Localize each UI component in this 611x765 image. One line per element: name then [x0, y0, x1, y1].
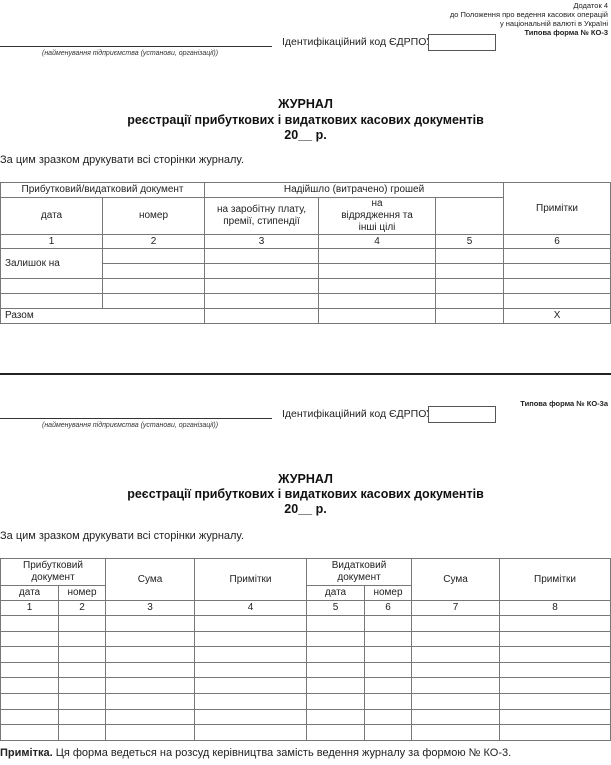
header-expense-notes: Примітки — [500, 559, 611, 601]
cell[interactable] — [1, 294, 103, 309]
cell[interactable] — [59, 725, 106, 741]
cell[interactable] — [412, 725, 500, 741]
table-row — [1, 647, 611, 663]
header-income-number: номер — [59, 586, 106, 601]
cell[interactable] — [59, 662, 106, 678]
cell[interactable] — [106, 709, 195, 725]
col-number-5: 5 — [436, 235, 504, 249]
cell[interactable] — [1, 693, 59, 709]
cell[interactable] — [412, 631, 500, 647]
table-row — [1, 279, 611, 294]
total-label: Разом — [1, 309, 205, 324]
cell[interactable] — [504, 294, 611, 309]
header-expense-number: номер — [365, 586, 412, 601]
cell[interactable] — [307, 647, 365, 663]
cell[interactable] — [307, 725, 365, 741]
cell[interactable] — [307, 693, 365, 709]
print-instruction: За цим зразком друкувати всі сторінки жу… — [0, 530, 244, 542]
cell[interactable] — [412, 709, 500, 725]
cell[interactable] — [412, 693, 500, 709]
cell[interactable] — [195, 616, 307, 632]
cell[interactable] — [319, 294, 436, 309]
cell[interactable] — [1, 678, 59, 694]
cell[interactable] — [365, 631, 412, 647]
table-row — [1, 709, 611, 725]
org-name-caption: (найменування підприємства (установи, ор… — [42, 422, 218, 429]
cell[interactable] — [106, 647, 195, 663]
header-expense-sum: Сума — [412, 559, 500, 601]
cell[interactable] — [1, 279, 103, 294]
header-income-date: дата — [1, 586, 59, 601]
cash-journal-table-ko3a: Прибутковий документ Сума Примітки Видат… — [0, 558, 611, 741]
cell[interactable] — [195, 631, 307, 647]
edrpou-label: Ідентифікаційний код ЄДРПОУ — [282, 36, 433, 48]
cell[interactable] — [319, 264, 436, 279]
cell[interactable] — [500, 678, 611, 694]
header-travel: на відрядження та інші цілі — [319, 198, 436, 235]
form-label-ko3a: Типова форма № КО-3а — [520, 399, 608, 409]
col-number-7: 7 — [412, 601, 500, 616]
journal-title: ЖУРНАЛ — [0, 472, 611, 487]
journal-year: 20__ р. — [0, 128, 611, 143]
cell[interactable] — [319, 249, 436, 264]
table-row — [1, 662, 611, 678]
cell[interactable] — [500, 647, 611, 663]
col-number-6: 6 — [365, 601, 412, 616]
cell[interactable] — [307, 616, 365, 632]
cell[interactable] — [195, 647, 307, 663]
cell[interactable] — [500, 693, 611, 709]
cell[interactable] — [59, 616, 106, 632]
edrpou-input[interactable] — [428, 34, 496, 51]
cell[interactable] — [205, 309, 319, 324]
cell[interactable] — [106, 693, 195, 709]
cell[interactable] — [195, 725, 307, 741]
cell[interactable] — [436, 264, 504, 279]
cell[interactable] — [103, 294, 205, 309]
cell[interactable] — [59, 678, 106, 694]
header-income-document: Прибутковий документ — [1, 559, 106, 586]
table-row — [1, 294, 611, 309]
cell[interactable] — [307, 631, 365, 647]
journal-subtitle: реєстрації прибуткових і видаткових касо… — [0, 113, 611, 128]
header-notes: Примітки — [504, 183, 611, 235]
org-name-caption: (найменування підприємства (установи, ор… — [42, 50, 218, 57]
cell[interactable] — [195, 678, 307, 694]
cell[interactable] — [195, 693, 307, 709]
cell[interactable] — [1, 631, 59, 647]
cell[interactable] — [1, 725, 59, 741]
cell[interactable] — [1, 647, 59, 663]
col-number-3: 3 — [106, 601, 195, 616]
cell[interactable] — [103, 264, 205, 279]
total-row: Разом X — [1, 309, 611, 324]
cell[interactable] — [205, 264, 319, 279]
table-row — [1, 678, 611, 694]
col-number-2: 2 — [59, 601, 106, 616]
cell[interactable] — [365, 709, 412, 725]
cell[interactable] — [436, 249, 504, 264]
journal-year: 20__ р. — [0, 502, 611, 517]
table-row: Залишок на — [1, 249, 611, 264]
cell[interactable] — [106, 678, 195, 694]
cell[interactable] — [365, 725, 412, 741]
header-expense-date: дата — [307, 586, 365, 601]
header-number: номер — [103, 198, 205, 235]
cell[interactable] — [205, 279, 319, 294]
cell[interactable] — [106, 631, 195, 647]
cell[interactable] — [205, 294, 319, 309]
cell[interactable] — [436, 309, 504, 324]
cell[interactable] — [319, 279, 436, 294]
cell[interactable] — [365, 662, 412, 678]
edrpou-input[interactable] — [428, 406, 496, 423]
col-number-6: 6 — [504, 235, 611, 249]
cell[interactable] — [307, 709, 365, 725]
cell[interactable] — [500, 662, 611, 678]
cell[interactable] — [500, 709, 611, 725]
cell[interactable] — [412, 662, 500, 678]
table-row — [1, 631, 611, 647]
cell[interactable] — [307, 662, 365, 678]
table-row — [1, 616, 611, 632]
form-label-ko3: Типова форма № КО-3 — [524, 28, 608, 38]
cell[interactable] — [412, 616, 500, 632]
cell[interactable] — [103, 249, 205, 264]
cell[interactable] — [106, 662, 195, 678]
cell[interactable] — [319, 309, 436, 324]
cell[interactable] — [195, 709, 307, 725]
table-body — [1, 616, 611, 741]
footnote: Примітка. Ця форма ведеться на розсуд ке… — [0, 747, 511, 759]
cell[interactable] — [500, 616, 611, 632]
col-number-2: 2 — [103, 235, 205, 249]
section-divider — [0, 373, 611, 375]
edrpou-label: Ідентифікаційний код ЄДРПОУ — [282, 408, 433, 420]
cell[interactable] — [59, 631, 106, 647]
cell[interactable] — [106, 725, 195, 741]
cell[interactable] — [307, 678, 365, 694]
cell[interactable] — [1, 709, 59, 725]
org-name-field[interactable] — [0, 46, 272, 47]
header-salary: на заробітну плату, премії, стипендії — [205, 198, 319, 235]
cell[interactable] — [412, 678, 500, 694]
header-col5 — [436, 198, 504, 235]
col-number-1: 1 — [1, 235, 103, 249]
total-notes-x: X — [504, 309, 611, 324]
cell[interactable] — [365, 693, 412, 709]
journal-subtitle: реєстрації прибуткових і видаткових касо… — [0, 487, 611, 502]
cell[interactable] — [412, 647, 500, 663]
col-number-1: 1 — [1, 601, 59, 616]
cell[interactable] — [1, 662, 59, 678]
cell[interactable] — [436, 294, 504, 309]
cell[interactable] — [365, 616, 412, 632]
cash-journal-table-ko3: Прибутковий/видатковий документ Надійшло… — [0, 182, 611, 324]
cell[interactable] — [205, 249, 319, 264]
header-date: дата — [1, 198, 103, 235]
table-row — [1, 725, 611, 741]
footnote-label: Примітка. — [0, 747, 53, 759]
header-document-group: Прибутковий/видатковий документ — [1, 183, 205, 198]
cell[interactable] — [103, 279, 205, 294]
cell[interactable] — [195, 662, 307, 678]
cell[interactable] — [500, 725, 611, 741]
header-income-notes: Примітки — [195, 559, 307, 601]
header-money-group: Надійшло (витрачено) грошей — [205, 183, 504, 198]
cell[interactable] — [504, 264, 611, 279]
cell[interactable] — [500, 631, 611, 647]
cell[interactable] — [504, 279, 611, 294]
cell[interactable] — [59, 647, 106, 663]
cell[interactable] — [504, 249, 611, 264]
cell[interactable] — [106, 616, 195, 632]
cell[interactable] — [365, 678, 412, 694]
balance-label: Залишок на — [1, 249, 103, 279]
print-instruction: За цим зразком друкувати всі сторінки жу… — [0, 154, 244, 166]
cell[interactable] — [59, 709, 106, 725]
org-name-field[interactable] — [0, 418, 272, 419]
cell[interactable] — [436, 279, 504, 294]
col-number-5: 5 — [307, 601, 365, 616]
col-number-4: 4 — [195, 601, 307, 616]
footnote-text: Ця форма ведеться на розсуд керівництва … — [53, 747, 512, 759]
table-row — [1, 693, 611, 709]
journal-title: ЖУРНАЛ — [0, 97, 611, 112]
header-expense-document: Видатковий документ — [307, 559, 412, 586]
col-number-3: 3 — [205, 235, 319, 249]
col-number-8: 8 — [500, 601, 611, 616]
cell[interactable] — [59, 693, 106, 709]
header-income-sum: Сума — [106, 559, 195, 601]
cell[interactable] — [1, 616, 59, 632]
col-number-4: 4 — [319, 235, 436, 249]
cell[interactable] — [365, 647, 412, 663]
